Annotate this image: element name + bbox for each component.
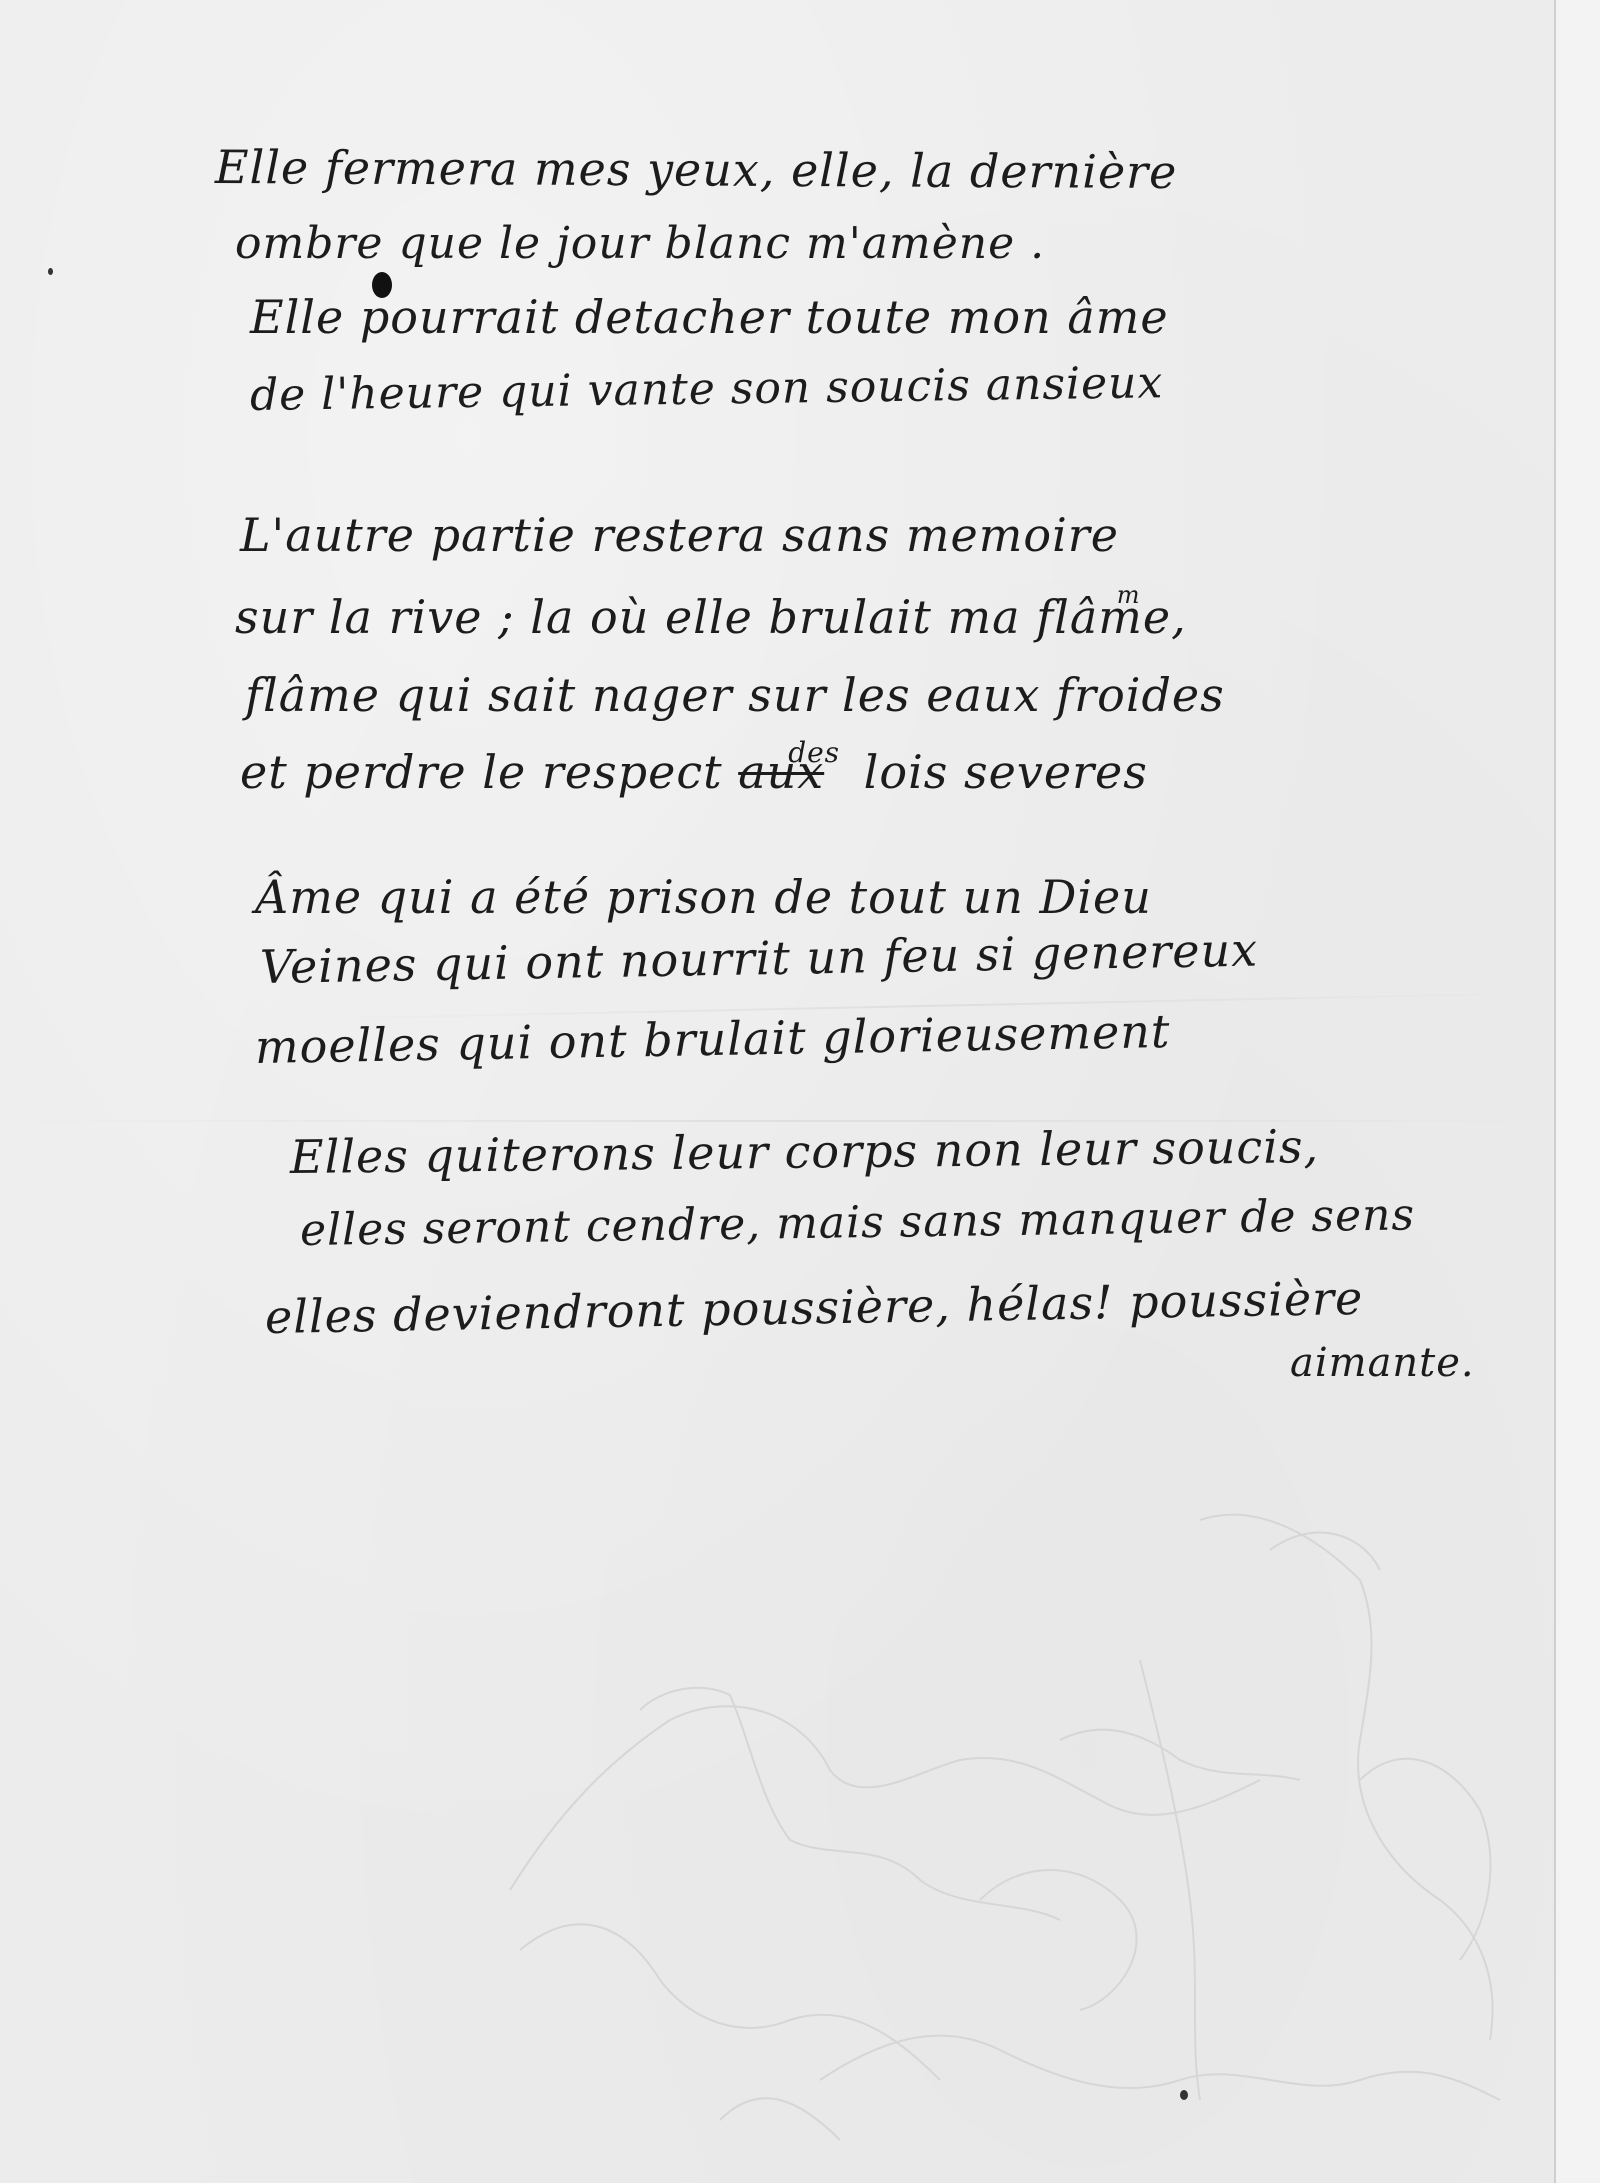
poem-line: Âme qui a été prison de tout un Dieu xyxy=(255,870,1152,924)
paper-speck xyxy=(48,268,53,275)
poem-line: moelles qui ont brulait glorieusement xyxy=(255,1004,1171,1074)
insertion-word: des xyxy=(788,736,840,769)
poem-line-text: flâme qui sait nager sur les eaux froide… xyxy=(245,668,1225,722)
poem-line: de l'heure qui vante son soucis ansieux xyxy=(250,357,1164,421)
poem-line: flâme qui sait nager sur les eaux froide… xyxy=(245,668,1225,722)
poem-line: ombre que le jour blanc m'amène . xyxy=(235,218,1045,269)
poem-line: Elle fermera mes yeux, elle, la dernière xyxy=(215,140,1178,199)
scanned-paper-page: Elle fermera mes yeux, elle, la dernière… xyxy=(0,0,1556,2183)
poem-line: et perdre le respect auxdes lois severes xyxy=(240,745,1148,799)
poem-line: elles seront cendre, mais sans manquer d… xyxy=(300,1189,1416,1256)
poem-line-suffix: lois severes xyxy=(848,745,1148,799)
poem-line: sur la rive ; la où elle brulait ma flâm… xyxy=(235,590,1187,644)
insertion-mark: m xyxy=(1117,581,1141,609)
ink-blot xyxy=(372,272,392,298)
poem-line: L'autre partie restera sans memoire xyxy=(240,508,1119,562)
poem-line-prefix: et perdre le respect xyxy=(240,745,738,799)
poem-line: elles deviendront poussière, hélas! pous… xyxy=(265,1271,1364,1344)
poem-line: Elles quiterons leur corps non leur souc… xyxy=(290,1119,1320,1184)
poem-line: Veines qui ont nourrit un feu si genereu… xyxy=(260,923,1259,994)
poem-line-text: sur la rive ; la où elle brulait ma flâm… xyxy=(235,590,1187,644)
faint-embossed-drawing xyxy=(500,1480,1550,2180)
scan-margin xyxy=(1556,0,1600,2183)
poem-line: Elle pourrait detacher toute mon âme xyxy=(250,290,1169,344)
poem-line: aimante. xyxy=(1290,1340,1475,1386)
